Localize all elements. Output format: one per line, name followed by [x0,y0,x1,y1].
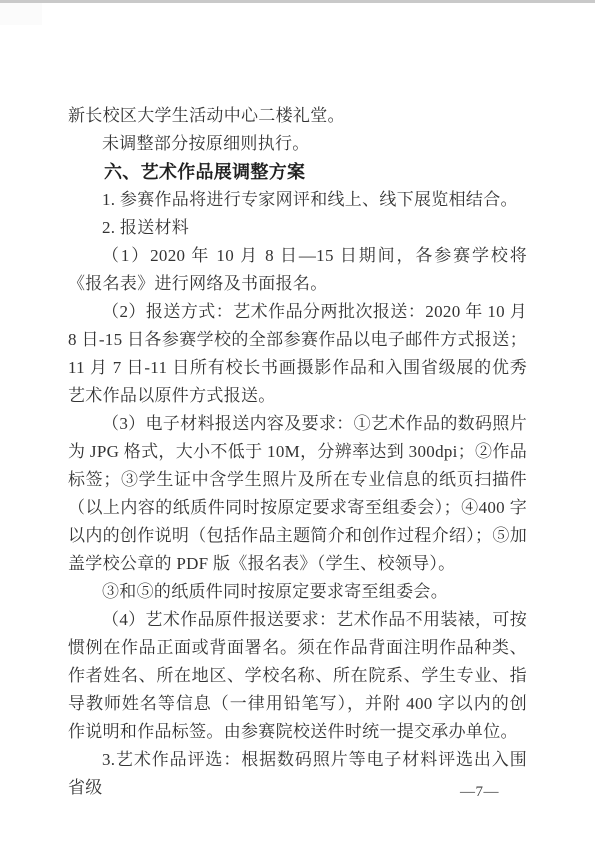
subitem-1-registration-period: （1）2020 年 10 月 8 日—15 日期间，各参赛学校将《报名表》进行网… [68,242,527,298]
subitem-4-original-artwork-requirements: （4）艺术作品原件报送要求：艺术作品不用装裱，可按惯例在作品正面或背面署名。须在… [68,606,527,746]
paragraph-venue-continuation: 新长校区大学生活动中心二楼礼堂。 [68,102,527,130]
paragraph-unadjusted-note: 未调整部分按原细则执行。 [68,130,527,158]
section-heading-art-exhibition-plan: 六、艺术作品展调整方案 [68,158,527,186]
item-2-submission-materials: 2. 报送材料 [68,214,527,242]
document-body: 新长校区大学生活动中心二楼礼堂。 未调整部分按原细则执行。 六、艺术作品展调整方… [68,0,527,802]
item-1-exhibition-format: 1. 参赛作品将进行专家网评和线上、线下展览相结合。 [68,186,527,214]
page-number: —7— [460,784,499,801]
document-page: 新长校区大学生活动中心二楼礼堂。 未调整部分按原细则执行。 六、艺术作品展调整方… [0,0,595,854]
subitem-3-electronic-material-requirements: （3）电子材料报送内容及要求：①艺术作品的数码照片为 JPG 格式，大小不低于 … [68,410,527,578]
subitem-2-submission-method: （2）报送方式：艺术作品分两批次报送：2020 年 10 月 8 日-15 日各… [68,298,527,410]
scan-corner-artifact [0,3,42,25]
paragraph-paper-copy-note: ③和⑤的纸质件同时按原定要求寄至组委会。 [68,578,527,606]
item-3-artwork-selection: 3.艺术作品评选：根据数码照片等电子材料评选出入围省级 [68,746,527,802]
